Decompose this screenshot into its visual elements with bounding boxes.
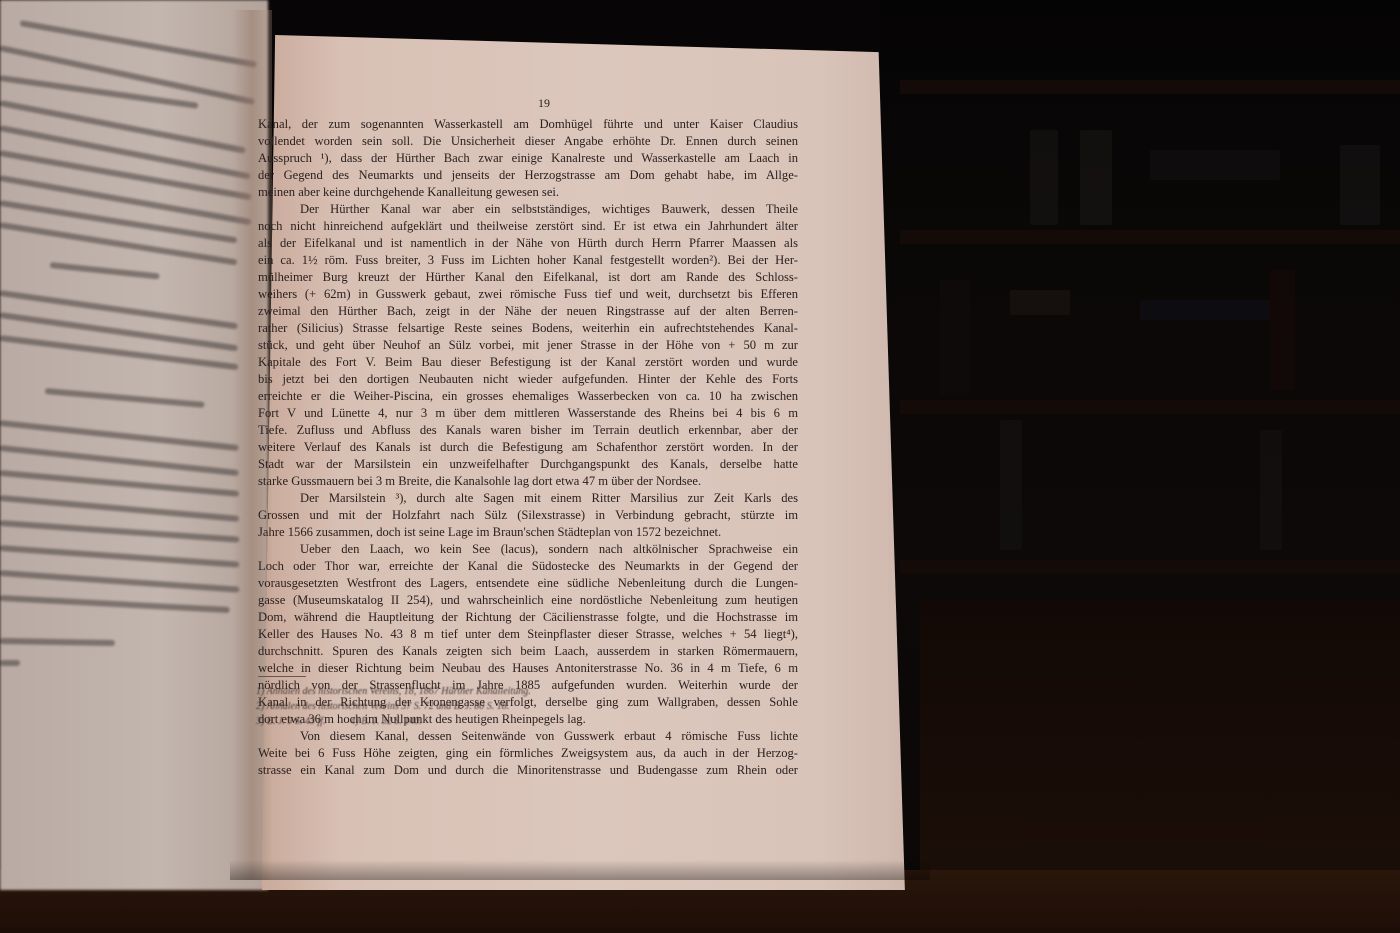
text-line: strasse ein Kanal zum Dom und durch die … xyxy=(258,762,798,779)
text-line: weihers (+ 62m) in Gusswerk gebaut, zwei… xyxy=(258,286,798,303)
text-line: Kapitale des Fort V. Beim Bau dieser Bef… xyxy=(258,354,798,371)
footnotes: 1) Annalen des historischen Vereins, 18,… xyxy=(256,684,531,729)
text-line: Von diesem Kanal, dessen Seitenwände von… xyxy=(258,728,798,745)
book-spine xyxy=(1010,290,1070,315)
page-number: 19 xyxy=(538,96,550,111)
text-line: Ueber den Laach, wo kein See (lacus), so… xyxy=(258,541,798,558)
shelf-board xyxy=(900,560,1400,574)
book-spine xyxy=(1000,420,1022,550)
text-line: vorausgesetzten Westfront des Lagers, en… xyxy=(258,575,798,592)
book-spine xyxy=(1140,300,1270,320)
book-spine xyxy=(1030,130,1058,225)
text-line: durchschnitt. Spuren des Kanals zeigten … xyxy=(258,643,798,660)
text-line: der Gegend des Neumarkts und jenseits de… xyxy=(258,167,798,184)
book-spine xyxy=(1270,270,1295,390)
text-line: erreichte er die Weiher-Piscina, ein gro… xyxy=(258,388,798,405)
text-line: noch nicht hinreichend aufgeklärt und th… xyxy=(258,218,798,235)
book-spine xyxy=(1150,150,1280,180)
page-bottom-shadow xyxy=(230,860,930,880)
shelf-board xyxy=(900,80,1400,94)
text-line: zweimal den Hürther Bach, zeigt in der N… xyxy=(258,303,798,320)
text-line: mülheimer Burg kreuzt der Hürther Kanal … xyxy=(258,269,798,286)
footnote: 3) B. J. 9 S. 43 ff. 4) B. J. 32 S. 140. xyxy=(256,714,531,729)
shelf-board xyxy=(900,230,1400,244)
text-line: welche in dieser Richtung beim Neubau de… xyxy=(258,660,798,677)
text-line: Loch oder Thor war, erreichte der Kanal … xyxy=(258,558,798,575)
text-line: starke Gussmauern bei 3 m Breite, die Ka… xyxy=(258,473,798,490)
text-line: Kanal, der zum sogenannten Wasserkastell… xyxy=(258,116,798,133)
text-line: meinen aber keine durchgehende Kanalleit… xyxy=(258,184,798,201)
book-spine xyxy=(1260,430,1282,550)
book-spine xyxy=(1340,145,1380,225)
text-line: weitere Verlauf des Kanals ist durch die… xyxy=(258,439,798,456)
text-line: Tiefe. Zufluss und Abfluss des Kanals wa… xyxy=(258,422,798,439)
text-line: Weite bei 6 Fuss Höhe zeigten, ging ein … xyxy=(258,745,798,762)
text-line: Der Marsilstein ³), durch alte Sagen mit… xyxy=(258,490,798,507)
text-line: stück, und geht über Neuhof an Sülz vorb… xyxy=(258,337,798,354)
left-page xyxy=(0,0,268,890)
footnote: 2) Annalen des historischen Vereins 37 S… xyxy=(256,699,531,714)
text-line: ein ca. 1½ röm. Fuss breiter, 3 Fuss im … xyxy=(258,252,798,269)
text-line: Stadt war der Marsilstein ein unzweifelh… xyxy=(258,456,798,473)
text-line: Fort V und Lünette 4, nur 3 m über dem m… xyxy=(258,405,798,422)
footnote-divider xyxy=(258,676,306,677)
text-line: Keller des Hauses No. 43 8 m tief unter … xyxy=(258,626,798,643)
book-spine xyxy=(1080,130,1112,225)
text-line: Ausspruch ¹), dass der Hürther Bach zwar… xyxy=(258,150,798,167)
text-line: Grossen und mit der Holzfahrt nach Sülz … xyxy=(258,507,798,524)
text-line: Der Hürther Kanal war aber ein selbststä… xyxy=(258,201,798,218)
body-text: Kanal, der zum sogenannten Wasserkastell… xyxy=(258,116,798,779)
footnote: 1) Annalen des historischen Vereins, 18,… xyxy=(256,684,531,699)
book-spine xyxy=(940,280,970,395)
text-line: Dom, während die Hauptleitung der Richtu… xyxy=(258,609,798,626)
shelf-board xyxy=(900,400,1400,414)
text-line: vollendet worden sein soll. Die Unsicher… xyxy=(258,133,798,150)
text-line: rather (Silicius) Strasse felsartige Res… xyxy=(258,320,798,337)
text-line: Jahre 1566 zusammen, doch ist seine Lage… xyxy=(258,524,798,541)
text-line: bis jetzt bei den dortigen Neubauten nic… xyxy=(258,371,798,388)
text-line: gasse (Museumskatalog II 254), und wahrs… xyxy=(258,592,798,609)
text-line: als der Eifelkanal und ist namentlich in… xyxy=(258,235,798,252)
